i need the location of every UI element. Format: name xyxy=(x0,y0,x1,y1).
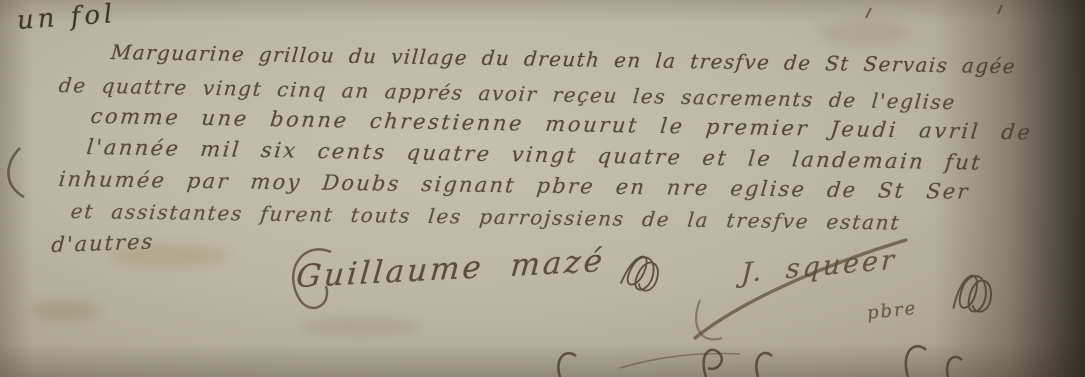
signature-j-squeer: J. squeer xyxy=(740,244,897,289)
manuscript-line: d'autres xyxy=(51,229,155,257)
signature-title-pbre: pbre xyxy=(866,298,918,324)
paraph-knot-icon xyxy=(941,259,1010,326)
paper-stain xyxy=(300,318,420,336)
folio-note: un fol xyxy=(16,0,117,36)
manuscript-page-photo: un fol Marguarine grillou du village du … xyxy=(0,0,1085,377)
signature-guillaume-maze: Guillaume mazé xyxy=(295,243,607,295)
manuscript-line: Marguarine grillou du village du dreuth … xyxy=(110,40,1017,78)
manuscript-line: inhumée par moy Doubs signant pbre en nr… xyxy=(58,167,971,204)
paraph-knot-icon xyxy=(611,241,677,305)
paper-stain xyxy=(30,300,100,322)
manuscript-line: et assistantes furent touts les parrojss… xyxy=(70,199,902,235)
paper-stain xyxy=(820,20,910,46)
